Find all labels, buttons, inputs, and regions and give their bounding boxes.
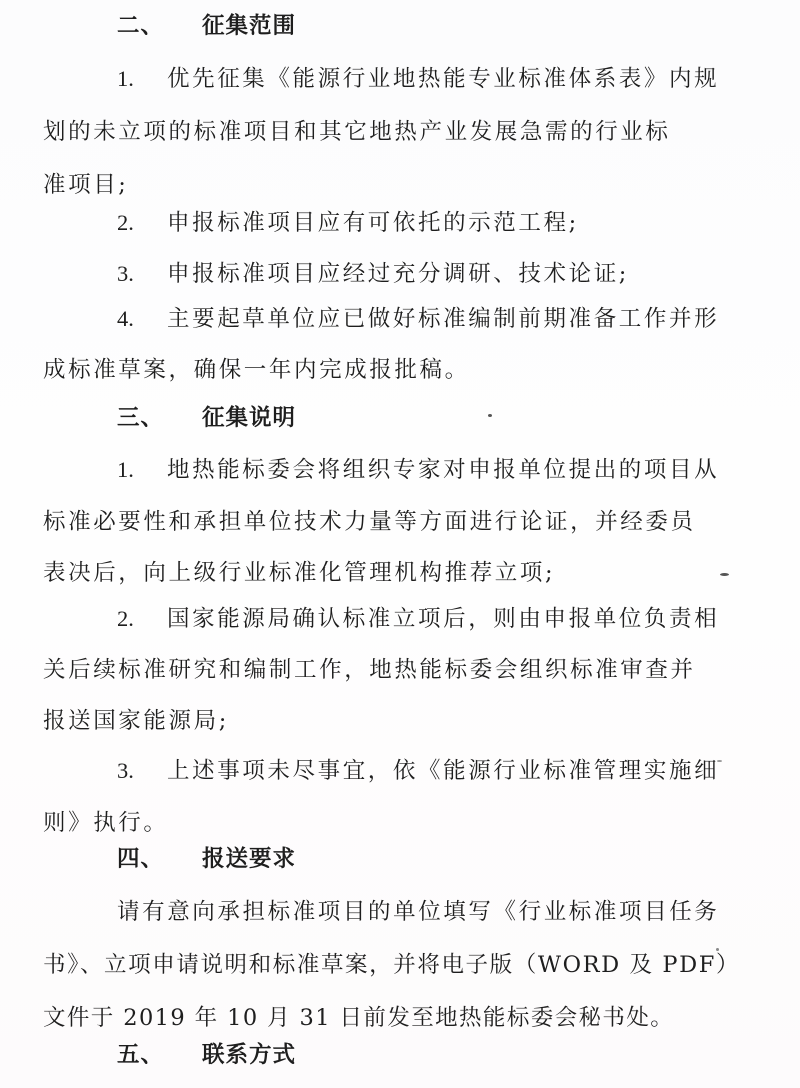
list-item-line: 4.主要起草单位应已做好标准编制前期准备工作并形 bbox=[117, 304, 719, 334]
section-title: 征集说明 bbox=[202, 405, 296, 431]
item-number: 1. bbox=[117, 455, 167, 485]
item-text: 主要起草单位应已做好标准编制前期准备工作并形 bbox=[167, 306, 719, 332]
paragraph-line: 成标准草案，确保一年内完成报批稿。 bbox=[43, 355, 470, 385]
section-number: 二、 bbox=[117, 11, 202, 41]
item-text: 申报标准项目应有可依托的示范工程; bbox=[167, 210, 579, 236]
section-title: 联系方式 bbox=[202, 1042, 296, 1068]
section-heading: 二、征集范围 bbox=[117, 11, 296, 41]
paragraph-line: 请有意向承担标准项目的单位填写《行业标准项目任务 bbox=[117, 897, 719, 927]
paragraph-line: 划的未立项的标准项目和其它地热产业发展急需的行业标 bbox=[43, 117, 671, 147]
paragraph-line: 准项目; bbox=[43, 170, 128, 200]
item-text: 申报标准项目应经过充分调研、技术论证; bbox=[167, 261, 629, 287]
item-number: 2. bbox=[117, 604, 167, 634]
section-heading: 四、报送要求 bbox=[117, 844, 296, 874]
paragraph-line: 则》执行。 bbox=[43, 808, 169, 838]
paragraph-line: 关后续标准研究和编制工作，地热能标委会组织标准审查并 bbox=[43, 655, 696, 685]
item-number: 3. bbox=[117, 756, 167, 786]
list-item-line: 1.优先征集《能源行业地热能专业标准体系表》内规 bbox=[117, 64, 719, 94]
scan-speck bbox=[720, 573, 729, 576]
list-item-line: 3.申报标准项目应经过充分调研、技术论证; bbox=[117, 259, 629, 289]
scan-speck bbox=[716, 948, 719, 951]
list-item-line: 1.地热能标委会将组织专家对申报单位提出的项目从 bbox=[117, 455, 719, 485]
item-text: 地热能标委会将组织专家对申报单位提出的项目从 bbox=[167, 457, 719, 483]
item-text: 上述事项未尽事宜，依《能源行业标准管理实施细 bbox=[167, 758, 719, 784]
paragraph-line: 报送国家能源局; bbox=[43, 706, 229, 736]
section-title: 征集范围 bbox=[202, 13, 296, 39]
document-page: 二、征集范围 1.优先征集《能源行业地热能专业标准体系表》内规 划的未立项的标准… bbox=[0, 0, 800, 1088]
paragraph-line: 文件于 2019 年 10 月 31 日前发至地热能标委会秘书处。 bbox=[43, 1003, 674, 1033]
item-text: 优先征集《能源行业地热能专业标准体系表》内规 bbox=[167, 66, 719, 92]
section-number: 三、 bbox=[117, 403, 202, 433]
item-number: 2. bbox=[117, 208, 167, 238]
section-heading: 五、联系方式 bbox=[117, 1040, 296, 1070]
item-number: 4. bbox=[117, 304, 167, 334]
item-number: 3. bbox=[117, 259, 167, 289]
section-number: 四、 bbox=[117, 844, 202, 874]
list-item-line: 2.国家能源局确认标准立项后，则由申报单位负责相 bbox=[117, 604, 719, 634]
scan-speck bbox=[488, 414, 492, 417]
list-item-line: 3.上述事项未尽事宜，依《能源行业标准管理实施细 bbox=[117, 756, 719, 786]
section-heading: 三、征集说明 bbox=[117, 403, 296, 433]
list-item-line: 2.申报标准项目应有可依托的示范工程; bbox=[117, 208, 579, 238]
section-number: 五、 bbox=[117, 1040, 202, 1070]
item-number: 1. bbox=[117, 64, 167, 94]
section-title: 报送要求 bbox=[202, 846, 296, 872]
scan-speck bbox=[717, 760, 722, 762]
item-text: 国家能源局确认标准立项后，则由申报单位负责相 bbox=[167, 606, 719, 632]
paragraph-line: 书》、立项申请说明和标准草案，并将电子版（WORD 及 PDF） bbox=[43, 950, 740, 980]
paragraph-line: 表决后，向上级行业标准化管理机构推荐立项; bbox=[43, 558, 555, 588]
paragraph-line: 标准必要性和承担单位技术力量等方面进行论证，并经委员 bbox=[43, 507, 696, 537]
